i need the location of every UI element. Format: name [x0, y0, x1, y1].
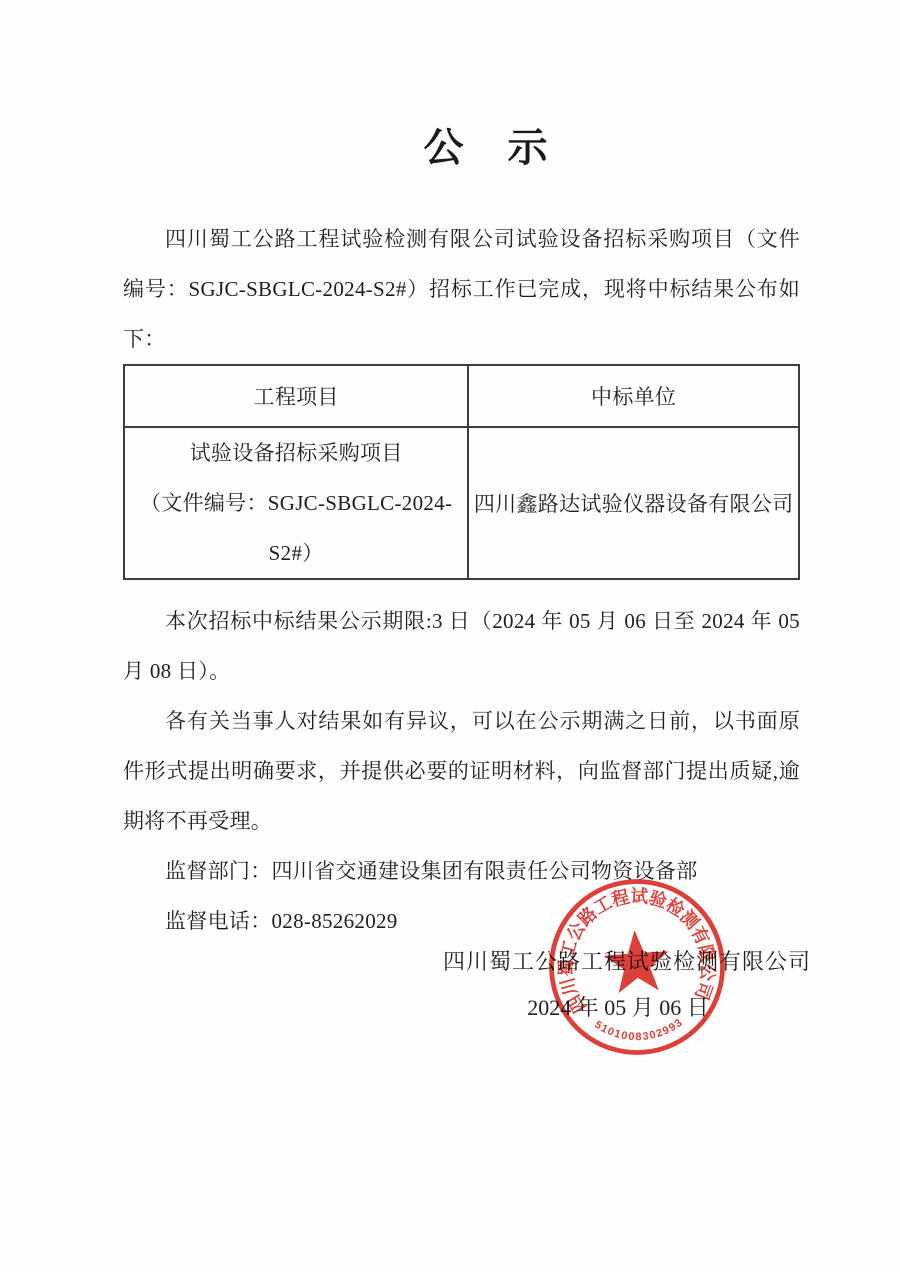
publicity-period-paragraph: 本次招标中标结果公示期限:3 日（2024 年 05 月 06 日至 2024 …: [123, 596, 800, 696]
document-content: 公 示 四川蜀工公路工程试验检测有限公司试验设备招标采购项目（文件编号：SGJC…: [123, 0, 800, 946]
table-header-row: 工程项目 中标单位: [124, 365, 799, 427]
project-file-number: （文件编号：SGJC-SBGLC-2024-S2#）: [129, 478, 463, 578]
winner-cell: 四川鑫路达试验仪器设备有限公司: [468, 427, 799, 579]
column-header-project: 工程项目: [124, 365, 468, 427]
table-row: 试验设备招标采购项目 （文件编号：SGJC-SBGLC-2024-S2#） 四川…: [124, 427, 799, 579]
project-name: 试验设备招标采购项目: [129, 428, 463, 478]
page-title: 公 示: [148, 0, 825, 178]
signature-company-name: 四川蜀工公路工程试验检测有限公司: [443, 948, 811, 976]
project-cell: 试验设备招标采购项目 （文件编号：SGJC-SBGLC-2024-S2#）: [124, 427, 468, 579]
bid-result-table: 工程项目 中标单位 试验设备招标采购项目 （文件编号：SGJC-SBGLC-20…: [123, 364, 800, 580]
notice-document-page: 公 示 四川蜀工公路工程试验检测有限公司试验设备招标采购项目（文件编号：SGJC…: [0, 0, 900, 1272]
supervisor-department-line: 监督部门：四川省交通建设集团有限责任公司物资设备部: [123, 846, 800, 896]
column-header-winner: 中标单位: [468, 365, 799, 427]
supervisor-phone-line: 监督电话：028-85262029: [123, 896, 800, 946]
intro-paragraph: 四川蜀工公路工程试验检测有限公司试验设备招标采购项目（文件编号：SGJC-SBG…: [123, 214, 800, 364]
signature-date: 2024 年 05 月 06 日: [443, 994, 793, 1022]
objection-paragraph: 各有关当事人对结果如有异议，可以在公示期满之日前，以书面原件形式提出明确要求，并…: [123, 696, 800, 846]
